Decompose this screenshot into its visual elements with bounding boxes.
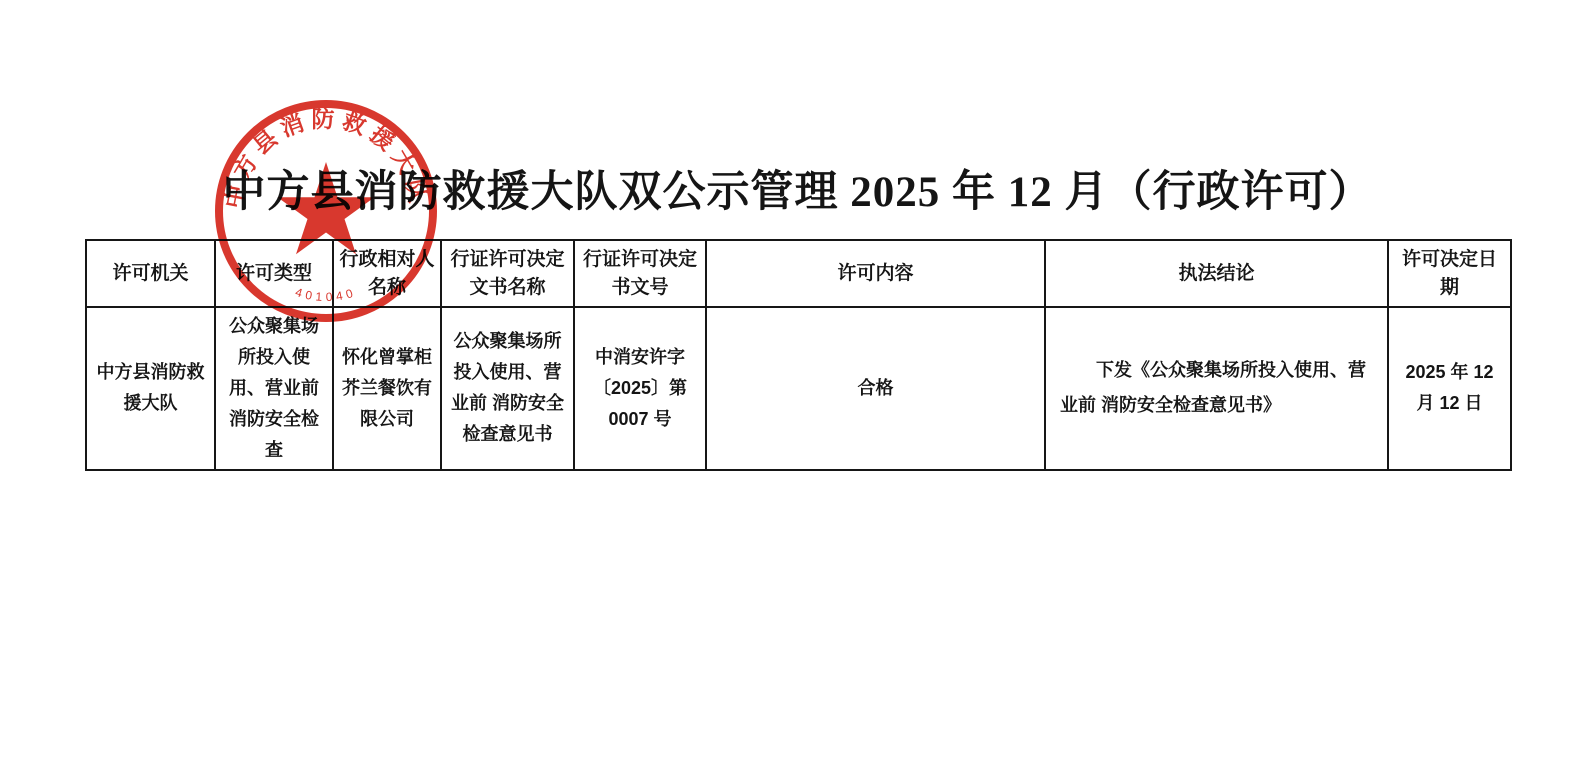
cell-enforcement-conclusion: 下发《公众聚集场所投入使用、营业前 消防安全检查意见书》 — [1045, 307, 1388, 470]
table-header-row: 许可机关 许可类型 行政相对人名称 行证许可决定文书名称 行证许可决定书文号 许… — [86, 240, 1511, 307]
header-cell-permit-organ: 许可机关 — [86, 240, 215, 307]
cell-party-name: 怀化曾掌柜芥兰餐饮有限公司 — [333, 307, 441, 470]
permit-table: 许可机关 许可类型 行政相对人名称 行证许可决定文书名称 行证许可决定书文号 许… — [85, 239, 1512, 471]
cell-permit-type: 公众聚集场所投入使用、营业前 消防安全检查 — [215, 307, 333, 470]
cell-permit-content: 合格 — [706, 307, 1045, 470]
header-cell-permit-type: 许可类型 — [215, 240, 333, 307]
header-cell-decision-doc-name: 行证许可决定文书名称 — [441, 240, 574, 307]
document-page: 中方县消防救援大队双公示管理 2025 年 12 月（行政许可） 许可机关 许可… — [0, 0, 1588, 759]
header-cell-decision-date: 许可决定日期 — [1388, 240, 1511, 307]
cell-decision-doc-name: 公众聚集场所投入使用、营业前 消防安全检查意见书 — [441, 307, 574, 470]
header-cell-permit-content: 许可内容 — [706, 240, 1045, 307]
page-title: 中方县消防救援大队双公示管理 2025 年 12 月（行政许可） — [85, 158, 1510, 219]
cell-decision-date: 2025 年 12 月 12 日 — [1388, 307, 1511, 470]
header-cell-party-name: 行政相对人名称 — [333, 240, 441, 307]
header-cell-decision-doc-no: 行证许可决定书文号 — [574, 240, 706, 307]
table-data-row: 中方县消防救援大队 公众聚集场所投入使用、营业前 消防安全检查 怀化曾掌柜芥兰餐… — [86, 307, 1511, 470]
cell-permit-organ: 中方县消防救援大队 — [86, 307, 215, 470]
cell-decision-doc-no: 中消安许字〔2025〕第 0007 号 — [574, 307, 706, 470]
header-cell-enforcement-conclusion: 执法结论 — [1045, 240, 1388, 307]
